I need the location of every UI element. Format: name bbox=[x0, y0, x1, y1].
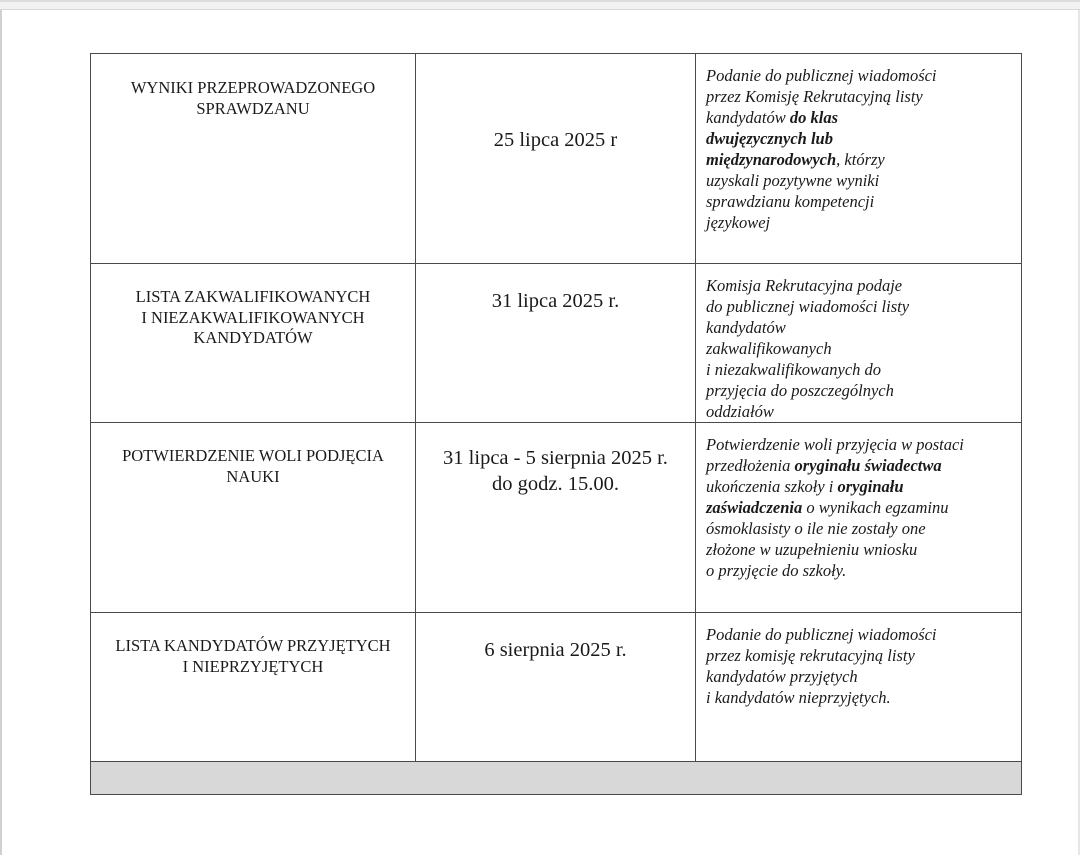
description-text: Podanie do publicznej wiadomości przez k… bbox=[696, 613, 1021, 708]
emphasis-text: oryginału świadectwa bbox=[794, 456, 941, 475]
table-row: WYNIKI PRZEPROWADZONEGO SPRAWDZANU 25 li… bbox=[91, 54, 1022, 264]
empty-shaded-cell bbox=[91, 762, 1022, 795]
description-text: Podanie do publicznej wiadomości przez K… bbox=[696, 54, 1021, 233]
table-row: LISTA KANDYDATÓW PRZYJĘTYCH I NIEPRZYJĘT… bbox=[91, 613, 1022, 762]
stage-cell: LISTA ZAKWALIFIKOWANYCH I NIEZAKWALIFIKO… bbox=[91, 264, 416, 423]
date-cell: 25 lipca 2025 r bbox=[416, 54, 696, 264]
date-cell: 31 lipca - 5 sierpnia 2025 r. do godz. 1… bbox=[416, 423, 696, 613]
description-run: Podanie do publicznej wiadomości przez k… bbox=[706, 625, 937, 707]
description-cell: Podanie do publicznej wiadomości przez k… bbox=[696, 613, 1022, 762]
stage-label: LISTA KANDYDATÓW PRZYJĘTYCH I NIEPRZYJĘT… bbox=[91, 613, 415, 677]
description-run: Komisja Rekrutacyjna podaje do publiczne… bbox=[706, 276, 909, 421]
viewer-top-strip bbox=[0, 0, 1080, 10]
description-cell: Komisja Rekrutacyjna podaje do publiczne… bbox=[696, 264, 1022, 423]
description-text: Potwierdzenie woli przyjęcia w postaci p… bbox=[696, 423, 1021, 581]
description-text: Komisja Rekrutacyjna podaje do publiczne… bbox=[696, 264, 1021, 422]
stage-label: WYNIKI PRZEPROWADZONEGO SPRAWDZANU bbox=[91, 54, 415, 119]
description-cell: Potwierdzenie woli przyjęcia w postaci p… bbox=[696, 423, 1022, 613]
date-label: 25 lipca 2025 r bbox=[416, 54, 695, 153]
table-row: LISTA ZAKWALIFIKOWANYCH I NIEZAKWALIFIKO… bbox=[91, 264, 1022, 423]
stage-cell: WYNIKI PRZEPROWADZONEGO SPRAWDZANU bbox=[91, 54, 416, 264]
date-cell: 6 sierpnia 2025 r. bbox=[416, 613, 696, 762]
stage-cell: POTWIERDZENIE WOLI PODJĘCIA NAUKI bbox=[91, 423, 416, 613]
date-label: 31 lipca 2025 r. bbox=[416, 264, 695, 314]
date-label: 6 sierpnia 2025 r. bbox=[416, 613, 695, 663]
date-cell: 31 lipca 2025 r. bbox=[416, 264, 696, 423]
stage-label: POTWIERDZENIE WOLI PODJĘCIA NAUKI bbox=[91, 423, 415, 487]
stage-cell: LISTA KANDYDATÓW PRZYJĘTYCH I NIEPRZYJĘT… bbox=[91, 613, 416, 762]
recruitment-schedule-table: WYNIKI PRZEPROWADZONEGO SPRAWDZANU 25 li… bbox=[90, 53, 1022, 795]
description-cell: Podanie do publicznej wiadomości przez K… bbox=[696, 54, 1022, 264]
stage-label: LISTA ZAKWALIFIKOWANYCH I NIEZAKWALIFIKO… bbox=[91, 264, 415, 349]
description-run: ukończenia szkoły i bbox=[706, 477, 838, 496]
footer-row bbox=[91, 762, 1022, 795]
page-left-edge bbox=[0, 10, 2, 855]
table-row: POTWIERDZENIE WOLI PODJĘCIA NAUKI 31 lip… bbox=[91, 423, 1022, 613]
date-label: 31 lipca - 5 sierpnia 2025 r. do godz. 1… bbox=[416, 423, 695, 497]
